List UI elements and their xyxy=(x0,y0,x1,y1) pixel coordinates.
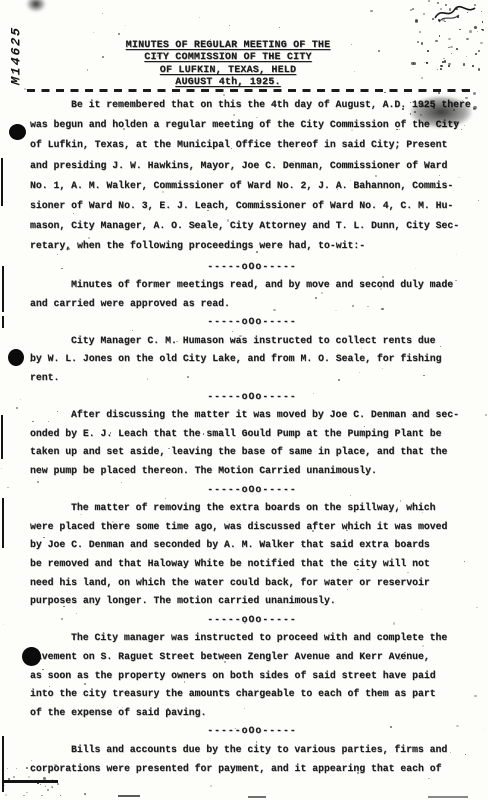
scan-edge-mark xyxy=(428,796,468,798)
pen-scribble xyxy=(433,2,477,26)
dashed-rule xyxy=(27,89,474,92)
text-line: need his land, on which the water could … xyxy=(30,577,474,596)
paragraph: The City manager was instructed to proce… xyxy=(30,632,474,725)
text-line: No. 1, A. M. Walker, Commissioner of War… xyxy=(30,180,474,200)
paragraph: Bills and accounts due by the city to va… xyxy=(30,744,474,781)
text-line: was begun and holden a regular meeting o… xyxy=(30,119,474,139)
text-line: taken up and set aside, leaving the base… xyxy=(30,446,474,465)
hole-punch-dot xyxy=(8,349,24,366)
scan-edge-mark xyxy=(2,316,4,328)
text-line: be removed and that Haloway White be not… xyxy=(30,558,474,577)
text-line: Be it remembered that on this the 4th da… xyxy=(30,99,474,119)
hole-punch-dot xyxy=(9,124,26,140)
section-divider: -----oOo----- xyxy=(30,614,474,633)
text-line: retary, when the following proceedings w… xyxy=(30,240,474,260)
scan-edge-mark xyxy=(2,266,4,312)
text-line: rent. xyxy=(30,372,474,391)
scan-corner-mark xyxy=(4,780,58,783)
text-line: City Manager C. M. Humason was instructe… xyxy=(30,335,474,354)
text-line: new pump be placed thereon. The Motion C… xyxy=(30,465,474,484)
title-line-4: AUGUST 4th, 1925. xyxy=(0,77,472,89)
document-title: MINUTES OF REGULAR MEETING OF THE CITY C… xyxy=(0,40,472,90)
section-divider: -----oOo----- xyxy=(30,261,474,280)
scan-edge-mark xyxy=(1,415,3,459)
paragraph: Minutes of former meetings read, and by … xyxy=(30,279,474,316)
text-line: of Lufkin, Texas, at the Municipal Offic… xyxy=(30,139,474,159)
section-divider: -----oOo----- xyxy=(30,391,474,410)
text-line: of the expense of said paving. xyxy=(30,707,474,726)
text-line: After discussing the matter it was moved… xyxy=(30,409,474,428)
text-line: Bills and accounts due by the city to va… xyxy=(30,744,474,763)
text-line: purposes any longer. The motion carried … xyxy=(30,595,474,614)
hole-punch-dot xyxy=(22,647,41,666)
text-line: by W. L. Jones on the old City Lake, and… xyxy=(30,353,474,372)
text-line: as soon as the property owners on both s… xyxy=(30,670,474,689)
text-line: onded by E. J. Leach that the small Goul… xyxy=(30,428,474,447)
title-line-1: MINUTES OF REGULAR MEETING OF THE xyxy=(0,40,472,52)
section-divider: -----oOo----- xyxy=(30,725,474,744)
text-line: and presiding J. W. Hawkins, Mayor, Joe … xyxy=(30,160,474,180)
scan-edge-mark xyxy=(2,736,4,792)
text-line: and carried were approved as read. xyxy=(30,298,474,317)
scan-edge-mark xyxy=(1,158,3,206)
scan-edge-mark xyxy=(118,795,140,797)
text-line: were placed there some time ago, was dis… xyxy=(30,521,474,540)
scanned-document-page: M14625 MINUTES OF REGULAR MEETING OF THE… xyxy=(0,0,488,800)
scan-edge-mark xyxy=(2,498,4,548)
text-line: mason, City Manager, A. O. Seale, City A… xyxy=(30,220,474,240)
paragraph: After discussing the matter it was moved… xyxy=(30,409,474,483)
minutes-body: Be it remembered that on this the 4th da… xyxy=(30,99,474,781)
paragraph: City Manager C. M. Humason was instructe… xyxy=(30,335,474,391)
title-line-2: CITY COMMISSION OF THE CITY xyxy=(0,52,472,64)
section-divider: -----oOo----- xyxy=(30,316,474,335)
ink-blot xyxy=(26,0,46,12)
text-line: Minutes of former meetings read, and by … xyxy=(30,279,474,298)
title-line-3: OF LUFKIN, TEXAS, HELD xyxy=(0,65,472,77)
text-line: pavement on S. Raguet Street between Zen… xyxy=(30,651,474,670)
text-line: into the city treasury the amounts charg… xyxy=(30,688,474,707)
text-line: corporations were presented for payment,… xyxy=(30,763,474,782)
paragraph: The matter of removing the extra boards … xyxy=(30,502,474,614)
text-line: The City manager was instructed to proce… xyxy=(30,632,474,651)
paragraph: Be it remembered that on this the 4th da… xyxy=(30,99,474,261)
section-divider: -----oOo----- xyxy=(30,484,474,503)
text-line: sioner of Ward No. 3, E. J. Leach, Commi… xyxy=(30,200,474,220)
scan-edge-mark xyxy=(248,796,266,798)
text-line: The matter of removing the extra boards … xyxy=(30,502,474,521)
